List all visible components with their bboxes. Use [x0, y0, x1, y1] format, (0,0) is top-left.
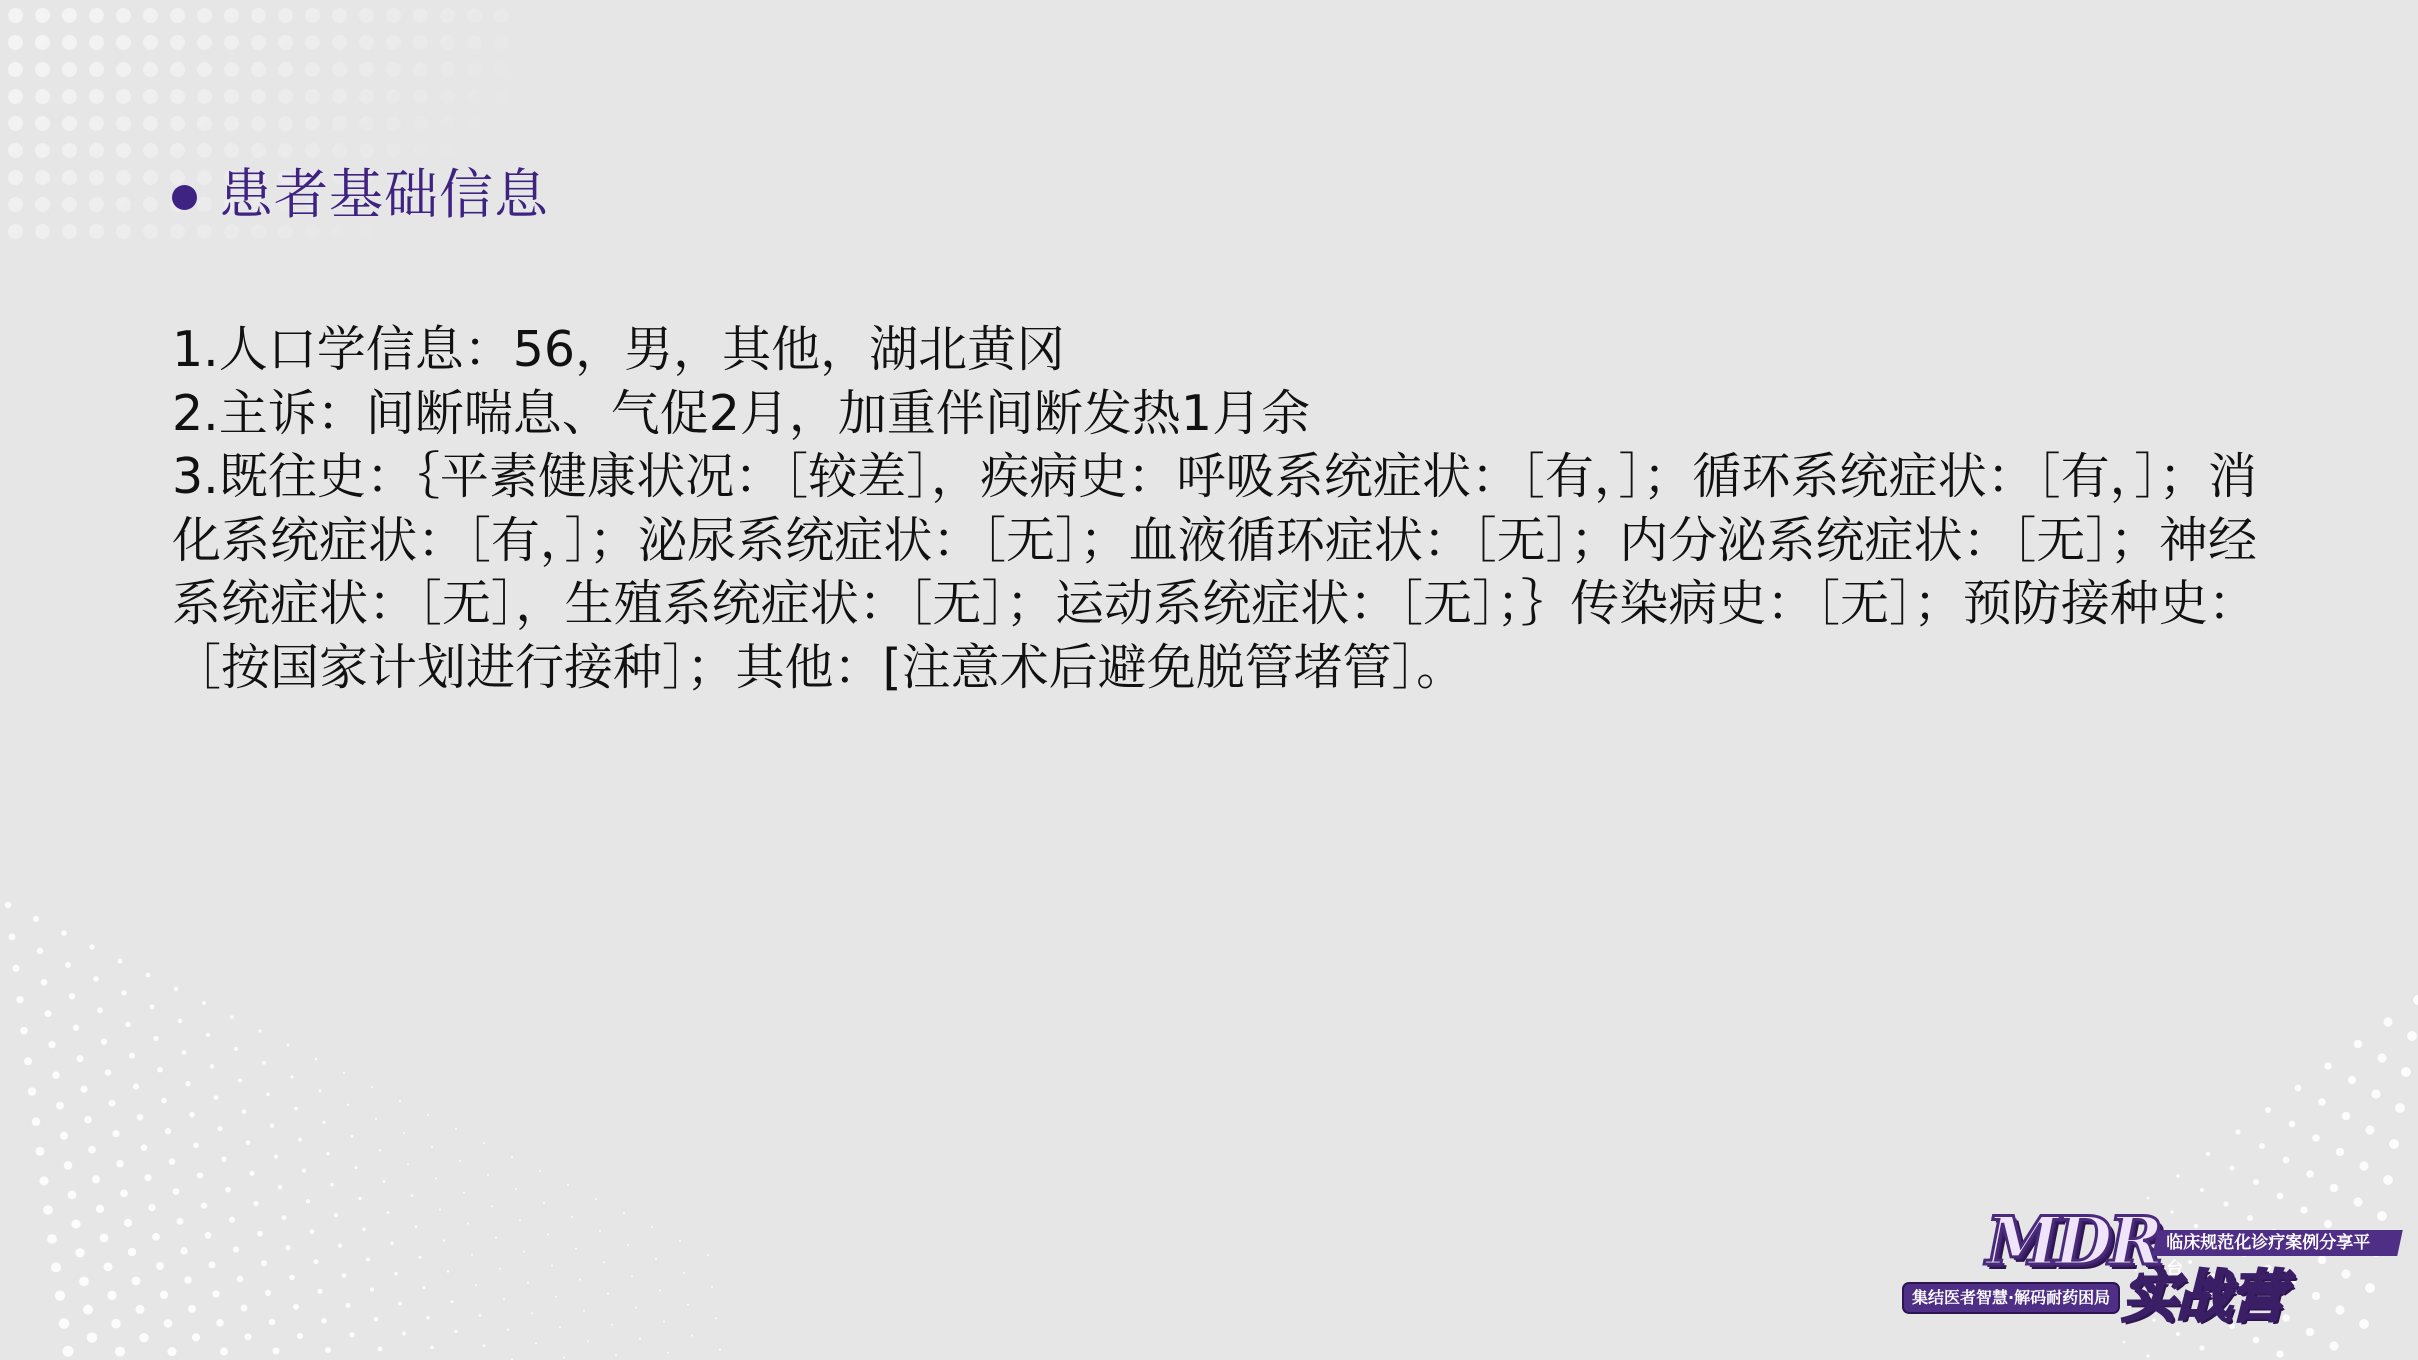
mdr-camp-logo: MDR 临床规范化诊疗案例分享平台 集结医者智慧·解码耐药困局 实战营: [1900, 1200, 2400, 1340]
logo-camp-text: 实战营: [2122, 1266, 2284, 1330]
past-history-paragraph: 3.既往史：｛平素健康状况：［较差］，疾病史：呼吸系统症状：［有，］；循环系统症…: [172, 445, 2257, 699]
bullet-icon: [172, 185, 197, 210]
chief-complaint-line: 2.主诉：间断喘息、气促2月，加重伴间断发热1月余: [172, 382, 2257, 446]
page-title: 患者基础信息: [219, 160, 549, 230]
section-heading: 患者基础信息: [172, 160, 549, 230]
patient-info-body: 1.人口学信息：56，男，其他，湖北黄冈 2.主诉：间断喘息、气促2月，加重伴间…: [172, 318, 2257, 699]
demographics-line: 1.人口学信息：56，男，其他，湖北黄冈: [172, 318, 2257, 382]
logo-banner: 临床规范化诊疗案例分享平台: [2152, 1230, 2403, 1256]
logo-slogan: 集结医者智慧·解码耐药困局: [1904, 1284, 2118, 1312]
